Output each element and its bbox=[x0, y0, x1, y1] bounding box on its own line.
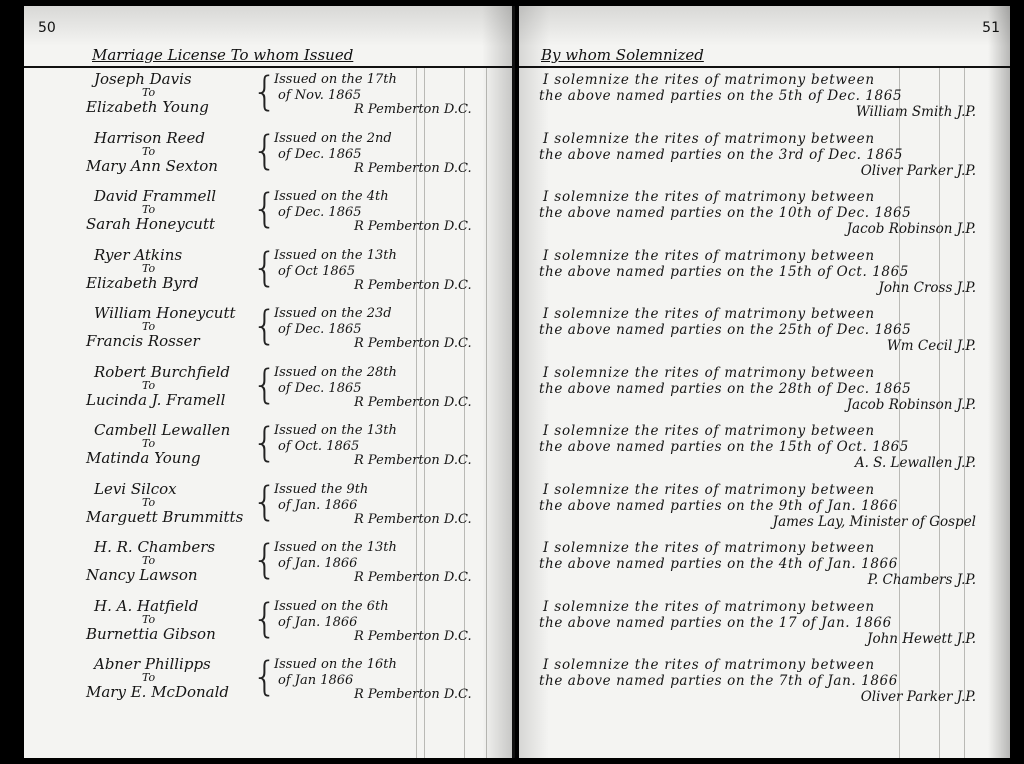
bride-name: Nancy Lawson bbox=[86, 566, 198, 584]
solemnization-line2: the above named parties on the 4th of Ja… bbox=[539, 556, 898, 572]
solemnization-line2: the above named parties on the 9th of Ja… bbox=[539, 498, 898, 514]
solemnization-line1: I solemnize the rites of matrimony betwe… bbox=[543, 189, 875, 205]
clerk-signature: R Pemberton D.C. bbox=[354, 512, 472, 527]
page-shadow bbox=[24, 6, 512, 46]
officiant-signature: William Smith J.P. bbox=[856, 104, 976, 120]
license-entry: Levi Silcox To Marguett Brummitts { Issu… bbox=[24, 478, 512, 537]
column-heading: Marriage License To whom Issued bbox=[92, 46, 353, 64]
solemnization-line1: I solemnize the rites of matrimony betwe… bbox=[543, 365, 875, 381]
solemnization-entry: I solemnize the rites of matrimony betwe… bbox=[519, 653, 1010, 712]
solemnization-entry: I solemnize the rites of matrimony betwe… bbox=[519, 302, 1010, 361]
clerk-signature: R Pemberton D.C. bbox=[354, 219, 472, 234]
license-entry: Abner Phillipps To Mary E. McDonald { Is… bbox=[24, 653, 512, 712]
solemnization-line1: I solemnize the rites of matrimony betwe… bbox=[543, 599, 875, 615]
officiant-signature: Wm Cecil J.P. bbox=[887, 338, 976, 354]
officiant-signature: P. Chambers J.P. bbox=[868, 572, 976, 588]
clerk-signature: R Pemberton D.C. bbox=[354, 570, 472, 585]
groom-name: William Honeycutt bbox=[94, 304, 236, 322]
left-page: 50 Marriage License To whom Issued Josep… bbox=[24, 6, 515, 758]
solemnization-entry: I solemnize the rites of matrimony betwe… bbox=[519, 478, 1010, 537]
clerk-signature: R Pemberton D.C. bbox=[354, 687, 472, 702]
issued-date-line1: Issued on the 13th bbox=[274, 423, 397, 438]
issued-date-line1: Issued the 9th bbox=[274, 482, 368, 497]
issued-date-line2: of Dec. 1865 bbox=[278, 205, 362, 220]
issued-date-line2: of Jan. 1866 bbox=[278, 498, 357, 513]
solemnization-entries: I solemnize the rites of matrimony betwe… bbox=[519, 68, 1010, 712]
clerk-signature: R Pemberton D.C. bbox=[354, 629, 472, 644]
solemnization-line1: I solemnize the rites of matrimony betwe… bbox=[543, 306, 875, 322]
license-entries: Joseph Davis To Elizabeth Young { Issued… bbox=[24, 68, 512, 712]
solemnization-entry: I solemnize the rites of matrimony betwe… bbox=[519, 244, 1010, 303]
license-entry: Joseph Davis To Elizabeth Young { Issued… bbox=[24, 68, 512, 127]
license-entry: Ryer Atkins To Elizabeth Byrd { Issued o… bbox=[24, 244, 512, 303]
solemnization-entry: I solemnize the rites of matrimony betwe… bbox=[519, 595, 1010, 654]
right-page: 51 By whom Solemnized I solemnize the ri… bbox=[519, 6, 1010, 758]
clerk-signature: R Pemberton D.C. bbox=[354, 102, 472, 117]
solemnization-line2: the above named parties on the 15th of O… bbox=[539, 439, 909, 455]
bride-name: Francis Rosser bbox=[86, 332, 200, 350]
solemnization-entry: I solemnize the rites of matrimony betwe… bbox=[519, 361, 1010, 420]
column-heading: By whom Solemnized bbox=[541, 46, 704, 64]
issued-date-line2: of Dec. 1865 bbox=[278, 147, 362, 162]
license-entry: H. A. Hatfield To Burnettia Gibson { Iss… bbox=[24, 595, 512, 654]
solemnization-line2: the above named parties on the 17 of Jan… bbox=[539, 615, 892, 631]
issued-date-line2: of Dec. 1865 bbox=[278, 381, 362, 396]
bride-name: Elizabeth Young bbox=[86, 98, 209, 116]
officiant-signature: Oliver Parker J.P. bbox=[861, 163, 976, 179]
solemnization-line2: the above named parties on the 5th of De… bbox=[539, 88, 902, 104]
solemnization-line2: the above named parties on the 7th of Ja… bbox=[539, 673, 898, 689]
issued-date-line1: Issued on the 13th bbox=[274, 248, 397, 263]
license-entry: Cambell Lewallen To Matinda Young { Issu… bbox=[24, 419, 512, 478]
issued-date-line1: Issued on the 16th bbox=[274, 657, 397, 672]
solemnization-entry: I solemnize the rites of matrimony betwe… bbox=[519, 68, 1010, 127]
solemnization-line2: the above named parties on the 15th of O… bbox=[539, 264, 909, 280]
license-entry: Robert Burchfield To Lucinda J. Framell … bbox=[24, 361, 512, 420]
license-entry: H. R. Chambers To Nancy Lawson { Issued … bbox=[24, 536, 512, 595]
license-entry: William Honeycutt To Francis Rosser { Is… bbox=[24, 302, 512, 361]
issued-date-line1: Issued on the 17th bbox=[274, 72, 397, 87]
officiant-signature: John Cross J.P. bbox=[878, 280, 976, 296]
issued-date-line2: of Nov. 1865 bbox=[278, 88, 361, 103]
clerk-signature: R Pemberton D.C. bbox=[354, 395, 472, 410]
issued-date-line1: Issued on the 28th bbox=[274, 365, 397, 380]
solemnization-entry: I solemnize the rites of matrimony betwe… bbox=[519, 185, 1010, 244]
issued-date-line2: of Oct 1865 bbox=[278, 264, 355, 279]
solemnization-line2: the above named parties on the 10th of D… bbox=[539, 205, 911, 221]
groom-name: Ryer Atkins bbox=[94, 246, 182, 264]
officiant-signature: John Hewett J.P. bbox=[867, 631, 976, 647]
groom-name: Levi Silcox bbox=[94, 480, 177, 498]
license-entry: David Frammell To Sarah Honeycutt { Issu… bbox=[24, 185, 512, 244]
solemnization-entry: I solemnize the rites of matrimony betwe… bbox=[519, 536, 1010, 595]
clerk-signature: R Pemberton D.C. bbox=[354, 278, 472, 293]
clerk-signature: R Pemberton D.C. bbox=[354, 161, 472, 176]
solemnization-entry: I solemnize the rites of matrimony betwe… bbox=[519, 419, 1010, 478]
issued-date-line1: Issued on the 4th bbox=[274, 189, 389, 204]
issued-date-line1: Issued on the 2nd bbox=[274, 131, 392, 146]
issued-date-line2: of Dec. 1865 bbox=[278, 322, 362, 337]
solemnization-line2: the above named parties on the 3rd of De… bbox=[539, 147, 903, 163]
issued-date-line2: of Jan. 1866 bbox=[278, 556, 357, 571]
bride-name: Elizabeth Byrd bbox=[86, 274, 199, 292]
officiant-signature: Oliver Parker J.P. bbox=[861, 689, 976, 705]
solemnization-line1: I solemnize the rites of matrimony betwe… bbox=[543, 423, 875, 439]
issued-date-line1: Issued on the 13th bbox=[274, 540, 397, 555]
officiant-signature: James Lay, Minister of Gospel bbox=[773, 514, 976, 530]
officiant-signature: Jacob Robinson J.P. bbox=[847, 221, 976, 237]
license-entry: Harrison Reed To Mary Ann Sexton { Issue… bbox=[24, 127, 512, 186]
solemnization-line1: I solemnize the rites of matrimony betwe… bbox=[543, 72, 875, 88]
groom-name: Robert Burchfield bbox=[94, 363, 230, 381]
groom-name: Cambell Lewallen bbox=[94, 421, 230, 439]
issued-date-line1: Issued on the 6th bbox=[274, 599, 389, 614]
clerk-signature: R Pemberton D.C. bbox=[354, 453, 472, 468]
issued-date-line2: of Jan. 1866 bbox=[278, 615, 357, 630]
solemnization-line1: I solemnize the rites of matrimony betwe… bbox=[543, 131, 875, 147]
issued-date-line2: of Jan 1866 bbox=[278, 673, 353, 688]
bride-name: Burnettia Gibson bbox=[86, 625, 216, 643]
issued-date-line1: Issued on the 23d bbox=[274, 306, 392, 321]
bride-name: Sarah Honeycutt bbox=[86, 215, 215, 233]
officiant-signature: A. S. Lewallen J.P. bbox=[855, 455, 976, 471]
solemnization-line1: I solemnize the rites of matrimony betwe… bbox=[543, 540, 875, 556]
bride-name: Matinda Young bbox=[86, 449, 201, 467]
officiant-signature: Jacob Robinson J.P. bbox=[847, 397, 976, 413]
solemnization-line1: I solemnize the rites of matrimony betwe… bbox=[543, 657, 875, 673]
bride-name: Mary E. McDonald bbox=[86, 683, 229, 701]
issued-date-line2: of Oct. 1865 bbox=[278, 439, 359, 454]
bride-name: Marguett Brummitts bbox=[86, 508, 243, 526]
page-shadow bbox=[519, 6, 1010, 46]
solemnization-line2: the above named parties on the 28th of D… bbox=[539, 381, 911, 397]
solemnization-line1: I solemnize the rites of matrimony betwe… bbox=[543, 482, 875, 498]
bride-name: Lucinda J. Framell bbox=[86, 391, 225, 409]
page-number: 50 bbox=[38, 20, 56, 36]
solemnization-entry: I solemnize the rites of matrimony betwe… bbox=[519, 127, 1010, 186]
solemnization-line2: the above named parties on the 25th of D… bbox=[539, 322, 911, 338]
solemnization-line1: I solemnize the rites of matrimony betwe… bbox=[543, 248, 875, 264]
bride-name: Mary Ann Sexton bbox=[86, 157, 218, 175]
clerk-signature: R Pemberton D.C. bbox=[354, 336, 472, 351]
